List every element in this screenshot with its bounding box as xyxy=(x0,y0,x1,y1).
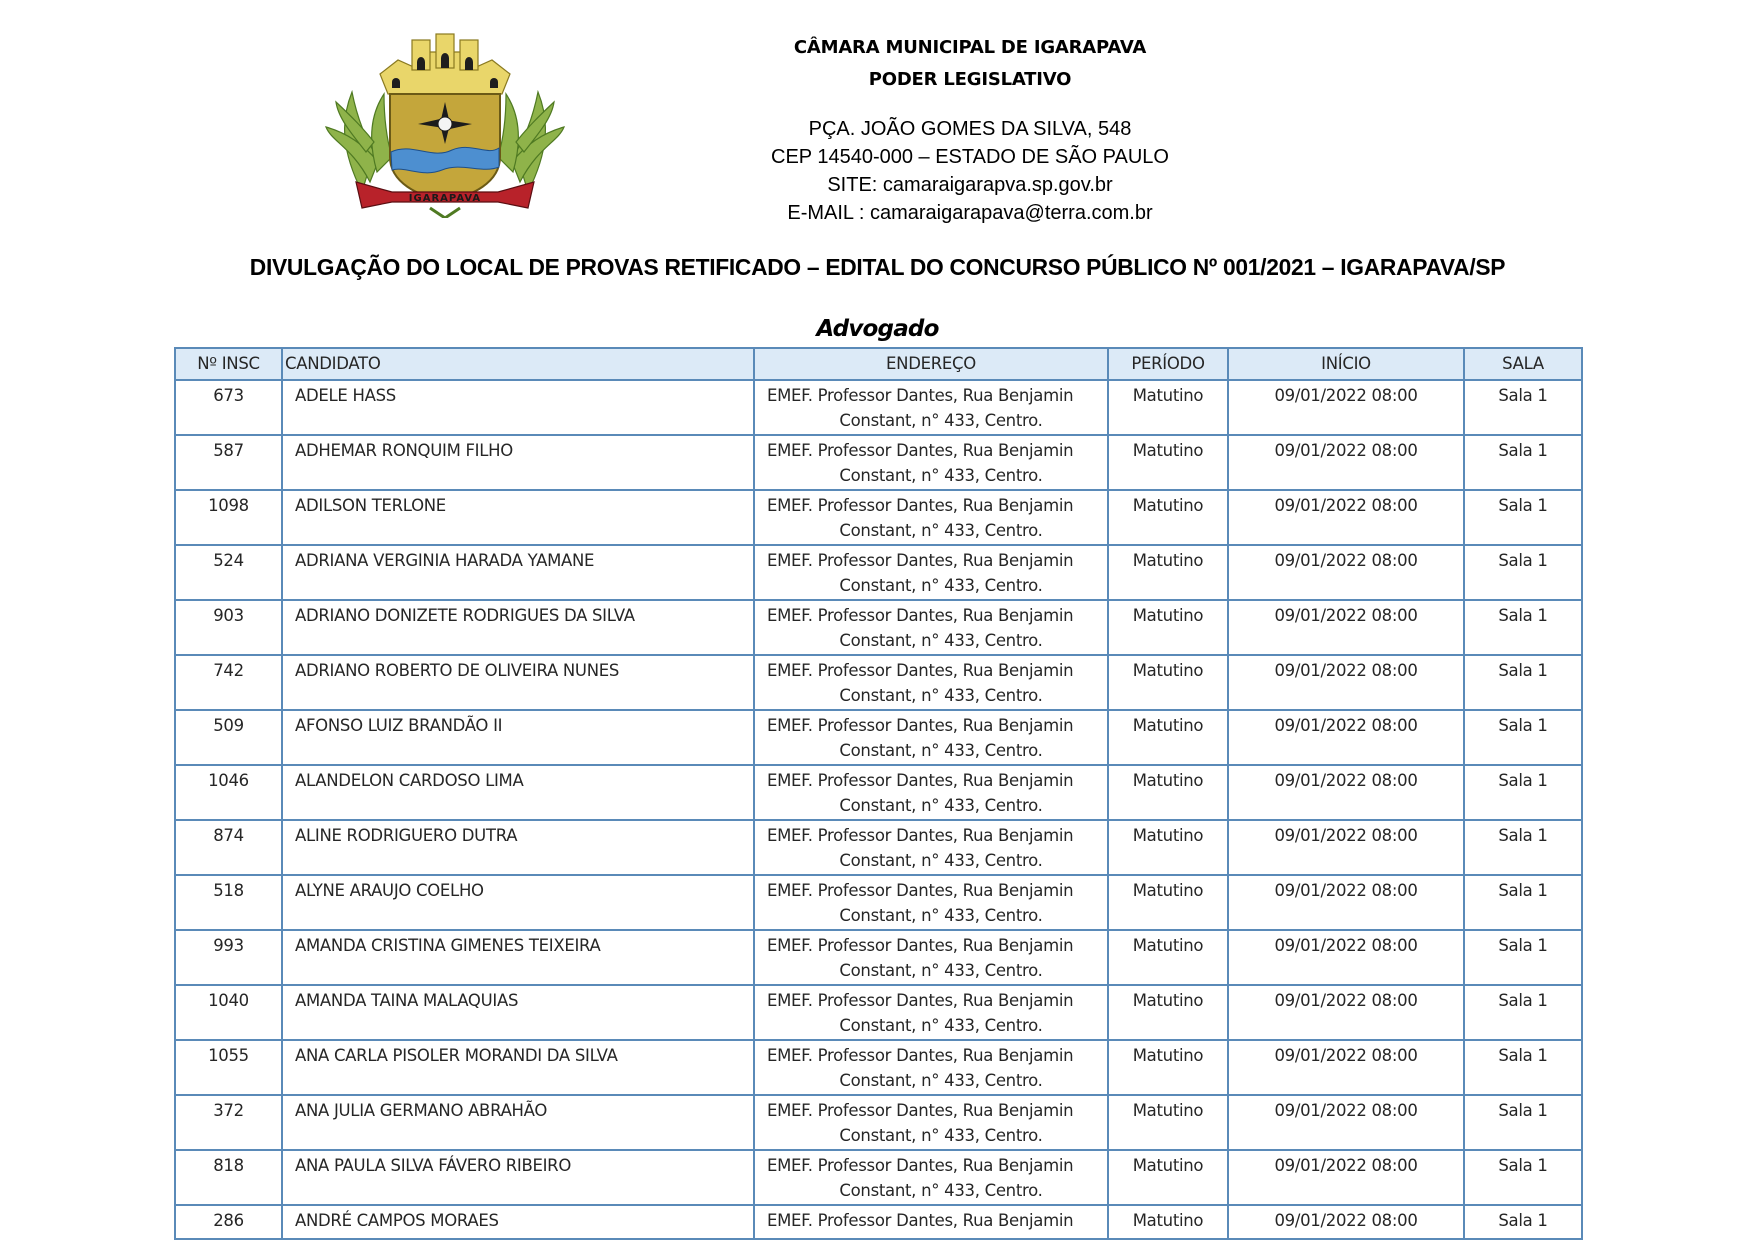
col-header-periodo: PERÍODO xyxy=(1108,348,1228,380)
address-line-2: Constant, n° 433, Centro. xyxy=(755,1068,1107,1093)
cell-inicio: 09/01/2022 08:00 xyxy=(1228,655,1464,710)
cell-candidato: ALANDELON CARDOSO LIMA xyxy=(282,765,754,820)
cell-inicio: 09/01/2022 08:00 xyxy=(1228,1040,1464,1095)
org-email: E-MAIL : camaraigarapava@terra.com.br xyxy=(650,199,1290,227)
cell-endereco: EMEF. Professor Dantes, Rua BenjaminCons… xyxy=(754,930,1108,985)
cell-sala: Sala 1 xyxy=(1464,380,1582,435)
cell-insc: 1098 xyxy=(175,490,282,545)
cell-periodo: Matutino xyxy=(1108,490,1228,545)
address-line-1: EMEF. Professor Dantes, Rua Benjamin xyxy=(755,823,1107,848)
cell-periodo: Matutino xyxy=(1108,985,1228,1040)
cell-insc: 673 xyxy=(175,380,282,435)
cell-candidato: ADHEMAR RONQUIM FILHO xyxy=(282,435,754,490)
cell-endereco: EMEF. Professor Dantes, Rua BenjaminCons… xyxy=(754,655,1108,710)
address-line-2: Constant, n° 433, Centro. xyxy=(755,848,1107,873)
address-line-1: EMEF. Professor Dantes, Rua Benjamin xyxy=(755,1208,1107,1233)
table-row: 742ADRIANO ROBERTO DE OLIVEIRA NUNESEMEF… xyxy=(175,655,1582,710)
cell-insc: 993 xyxy=(175,930,282,985)
cell-periodo: Matutino xyxy=(1108,875,1228,930)
cell-insc: 874 xyxy=(175,820,282,875)
address-line-2: Constant, n° 433, Centro. xyxy=(755,463,1107,488)
address-line-2: Constant, n° 433, Centro. xyxy=(755,628,1107,653)
col-header-inicio: INÍCIO xyxy=(1228,348,1464,380)
cell-periodo: Matutino xyxy=(1108,435,1228,490)
cell-sala: Sala 1 xyxy=(1464,600,1582,655)
table-row: 286ANDRÉ CAMPOS MORAESEMEF. Professor Da… xyxy=(175,1205,1582,1239)
cell-periodo: Matutino xyxy=(1108,545,1228,600)
cell-sala: Sala 1 xyxy=(1464,930,1582,985)
address-line-1: EMEF. Professor Dantes, Rua Benjamin xyxy=(755,438,1107,463)
table-header-row: Nº INSC CANDIDATO ENDEREÇO PERÍODO INÍCI… xyxy=(175,348,1582,380)
cell-insc: 286 xyxy=(175,1205,282,1239)
cell-candidato: ALYNE ARAUJO COELHO xyxy=(282,875,754,930)
cell-insc: 1055 xyxy=(175,1040,282,1095)
section-title: Advogado xyxy=(174,316,1581,342)
cell-inicio: 09/01/2022 08:00 xyxy=(1228,545,1464,600)
cell-periodo: Matutino xyxy=(1108,820,1228,875)
cell-inicio: 09/01/2022 08:00 xyxy=(1228,710,1464,765)
cell-sala: Sala 1 xyxy=(1464,1205,1582,1239)
cell-periodo: Matutino xyxy=(1108,600,1228,655)
cell-periodo: Matutino xyxy=(1108,655,1228,710)
cell-insc: 1040 xyxy=(175,985,282,1040)
org-header: CÂMARA MUNICIPAL DE IGARAPAVA PODER LEGI… xyxy=(650,32,1290,96)
cell-insc: 903 xyxy=(175,600,282,655)
cell-periodo: Matutino xyxy=(1108,380,1228,435)
address-line-1: EMEF. Professor Dantes, Rua Benjamin xyxy=(755,383,1107,408)
cell-candidato: ADRIANO DONIZETE RODRIGUES DA SILVA xyxy=(282,600,754,655)
table-row: 993AMANDA CRISTINA GIMENES TEIXEIRAEMEF.… xyxy=(175,930,1582,985)
cell-sala: Sala 1 xyxy=(1464,765,1582,820)
cell-sala: Sala 1 xyxy=(1464,820,1582,875)
address-line-1: EMEF. Professor Dantes, Rua Benjamin xyxy=(755,1043,1107,1068)
cell-sala: Sala 1 xyxy=(1464,875,1582,930)
table-row: 509AFONSO LUIZ BRANDÃO IIEMEF. Professor… xyxy=(175,710,1582,765)
table-row: 818ANA PAULA SILVA FÁVERO RIBEIROEMEF. P… xyxy=(175,1150,1582,1205)
org-address: PÇA. JOÃO GOMES DA SILVA, 548 xyxy=(650,115,1290,143)
cell-periodo: Matutino xyxy=(1108,1205,1228,1239)
cell-insc: 524 xyxy=(175,545,282,600)
cell-inicio: 09/01/2022 08:00 xyxy=(1228,930,1464,985)
cell-sala: Sala 1 xyxy=(1464,1150,1582,1205)
cell-periodo: Matutino xyxy=(1108,1150,1228,1205)
cell-sala: Sala 1 xyxy=(1464,1095,1582,1150)
cell-inicio: 09/01/2022 08:00 xyxy=(1228,380,1464,435)
address-line-2: Constant, n° 433, Centro. xyxy=(755,1013,1107,1038)
cell-periodo: Matutino xyxy=(1108,930,1228,985)
cell-candidato: ADRIANO ROBERTO DE OLIVEIRA NUNES xyxy=(282,655,754,710)
cell-endereco: EMEF. Professor Dantes, Rua BenjaminCons… xyxy=(754,1095,1108,1150)
address-line-2: Constant, n° 433, Centro. xyxy=(755,1178,1107,1203)
address-line-2: Constant, n° 433, Centro. xyxy=(755,793,1107,818)
cell-candidato: ADILSON TERLONE xyxy=(282,490,754,545)
table-row: 587ADHEMAR RONQUIM FILHOEMEF. Professor … xyxy=(175,435,1582,490)
cell-candidato: ANDRÉ CAMPOS MORAES xyxy=(282,1205,754,1239)
org-branch: PODER LEGISLATIVO xyxy=(650,64,1290,96)
cell-inicio: 09/01/2022 08:00 xyxy=(1228,765,1464,820)
table-row: 1055ANA CARLA PISOLER MORANDI DA SILVAEM… xyxy=(175,1040,1582,1095)
address-line-1: EMEF. Professor Dantes, Rua Benjamin xyxy=(755,658,1107,683)
address-line-2: Constant, n° 433, Centro. xyxy=(755,958,1107,983)
cell-inicio: 09/01/2022 08:00 xyxy=(1228,1150,1464,1205)
cell-inicio: 09/01/2022 08:00 xyxy=(1228,1205,1464,1239)
cell-endereco: EMEF. Professor Dantes, Rua BenjaminCons… xyxy=(754,985,1108,1040)
cell-endereco: EMEF. Professor Dantes, Rua BenjaminCons… xyxy=(754,875,1108,930)
address-line-2: Constant, n° 433, Centro. xyxy=(755,738,1107,763)
table-row: 372ANA JULIA GERMANO ABRAHÃOEMEF. Profes… xyxy=(175,1095,1582,1150)
address-line-2: Constant, n° 433, Centro. xyxy=(755,903,1107,928)
cell-insc: 1046 xyxy=(175,765,282,820)
cell-periodo: Matutino xyxy=(1108,710,1228,765)
address-line-1: EMEF. Professor Dantes, Rua Benjamin xyxy=(755,988,1107,1013)
cell-sala: Sala 1 xyxy=(1464,655,1582,710)
cell-periodo: Matutino xyxy=(1108,765,1228,820)
table-row: 903ADRIANO DONIZETE RODRIGUES DA SILVAEM… xyxy=(175,600,1582,655)
svg-text:IGARAPAVA: IGARAPAVA xyxy=(409,193,481,204)
col-header-sala: SALA xyxy=(1464,348,1582,380)
cell-inicio: 09/01/2022 08:00 xyxy=(1228,600,1464,655)
cell-endereco: EMEF. Professor Dantes, Rua BenjaminCons… xyxy=(754,820,1108,875)
table-row: 874ALINE RODRIGUERO DUTRAEMEF. Professor… xyxy=(175,820,1582,875)
cell-candidato: AFONSO LUIZ BRANDÃO II xyxy=(282,710,754,765)
cell-inicio: 09/01/2022 08:00 xyxy=(1228,1095,1464,1150)
candidates-table: Nº INSC CANDIDATO ENDEREÇO PERÍODO INÍCI… xyxy=(174,347,1583,1240)
col-header-candidato: CANDIDATO xyxy=(282,348,754,380)
cell-insc: 518 xyxy=(175,875,282,930)
cell-insc: 509 xyxy=(175,710,282,765)
cell-endereco: EMEF. Professor Dantes, Rua BenjaminCons… xyxy=(754,1150,1108,1205)
cell-endereco: EMEF. Professor Dantes, Rua BenjaminCons… xyxy=(754,490,1108,545)
table-row: 524ADRIANA VERGINIA HARADA YAMANEEMEF. P… xyxy=(175,545,1582,600)
cell-endereco: EMEF. Professor Dantes, Rua BenjaminCons… xyxy=(754,600,1108,655)
cell-insc: 818 xyxy=(175,1150,282,1205)
cell-sala: Sala 1 xyxy=(1464,435,1582,490)
table-row: 673ADELE HASSEMEF. Professor Dantes, Rua… xyxy=(175,380,1582,435)
table-row: 1098ADILSON TERLONEEMEF. Professor Dante… xyxy=(175,490,1582,545)
cell-endereco: EMEF. Professor Dantes, Rua BenjaminCons… xyxy=(754,1040,1108,1095)
org-name: CÂMARA MUNICIPAL DE IGARAPAVA xyxy=(650,32,1290,64)
address-line-1: EMEF. Professor Dantes, Rua Benjamin xyxy=(755,1153,1107,1178)
cell-sala: Sala 1 xyxy=(1464,490,1582,545)
address-line-1: EMEF. Professor Dantes, Rua Benjamin xyxy=(755,933,1107,958)
table-row: 1046ALANDELON CARDOSO LIMAEMEF. Professo… xyxy=(175,765,1582,820)
igarapava-coat-of-arms-icon: IGARAPAVA xyxy=(322,32,568,218)
cell-candidato: AMANDA CRISTINA GIMENES TEIXEIRA xyxy=(282,930,754,985)
table-row: 1040AMANDA TAINA MALAQUIASEMEF. Professo… xyxy=(175,985,1582,1040)
cell-sala: Sala 1 xyxy=(1464,710,1582,765)
org-cep: CEP 14540-000 – ESTADO DE SÃO PAULO xyxy=(650,143,1290,171)
address-line-2: Constant, n° 433, Centro. xyxy=(755,408,1107,433)
cell-sala: Sala 1 xyxy=(1464,1040,1582,1095)
address-line-1: EMEF. Professor Dantes, Rua Benjamin xyxy=(755,1098,1107,1123)
address-line-2: Constant, n° 433, Centro. xyxy=(755,683,1107,708)
cell-sala: Sala 1 xyxy=(1464,985,1582,1040)
address-line-2: Constant, n° 433, Centro. xyxy=(755,518,1107,543)
org-contact: PÇA. JOÃO GOMES DA SILVA, 548 CEP 14540-… xyxy=(650,115,1290,227)
org-site: SITE: camaraigarapva.sp.gov.br xyxy=(650,171,1290,199)
cell-candidato: ANA PAULA SILVA FÁVERO RIBEIRO xyxy=(282,1150,754,1205)
cell-candidato: ADRIANA VERGINIA HARADA YAMANE xyxy=(282,545,754,600)
address-line-1: EMEF. Professor Dantes, Rua Benjamin xyxy=(755,768,1107,793)
cell-inicio: 09/01/2022 08:00 xyxy=(1228,490,1464,545)
cell-insc: 742 xyxy=(175,655,282,710)
col-header-insc: Nº INSC xyxy=(175,348,282,380)
cell-inicio: 09/01/2022 08:00 xyxy=(1228,435,1464,490)
table-row: 518ALYNE ARAUJO COELHOEMEF. Professor Da… xyxy=(175,875,1582,930)
cell-insc: 587 xyxy=(175,435,282,490)
cell-endereco: EMEF. Professor Dantes, Rua BenjaminCons… xyxy=(754,710,1108,765)
cell-candidato: ADELE HASS xyxy=(282,380,754,435)
cell-endereco: EMEF. Professor Dantes, Rua BenjaminCons… xyxy=(754,765,1108,820)
document-title: DIVULGAÇÃO DO LOCAL DE PROVAS RETIFICADO… xyxy=(26,254,1728,281)
address-line-2: Constant, n° 433, Centro. xyxy=(755,1123,1107,1148)
cell-candidato: AMANDA TAINA MALAQUIAS xyxy=(282,985,754,1040)
address-line-2: Constant, n° 433, Centro. xyxy=(755,573,1107,598)
cell-inicio: 09/01/2022 08:00 xyxy=(1228,875,1464,930)
address-line-1: EMEF. Professor Dantes, Rua Benjamin xyxy=(755,493,1107,518)
address-line-1: EMEF. Professor Dantes, Rua Benjamin xyxy=(755,878,1107,903)
cell-inicio: 09/01/2022 08:00 xyxy=(1228,820,1464,875)
address-line-1: EMEF. Professor Dantes, Rua Benjamin xyxy=(755,548,1107,573)
cell-candidato: ALINE RODRIGUERO DUTRA xyxy=(282,820,754,875)
address-line-1: EMEF. Professor Dantes, Rua Benjamin xyxy=(755,713,1107,738)
cell-periodo: Matutino xyxy=(1108,1040,1228,1095)
cell-periodo: Matutino xyxy=(1108,1095,1228,1150)
cell-candidato: ANA JULIA GERMANO ABRAHÃO xyxy=(282,1095,754,1150)
cell-endereco: EMEF. Professor Dantes, Rua BenjaminCons… xyxy=(754,380,1108,435)
cell-endereco: EMEF. Professor Dantes, Rua Benjamin xyxy=(754,1205,1108,1239)
col-header-endereco: ENDEREÇO xyxy=(754,348,1108,380)
cell-endereco: EMEF. Professor Dantes, Rua BenjaminCons… xyxy=(754,435,1108,490)
cell-inicio: 09/01/2022 08:00 xyxy=(1228,985,1464,1040)
cell-candidato: ANA CARLA PISOLER MORANDI DA SILVA xyxy=(282,1040,754,1095)
cell-endereco: EMEF. Professor Dantes, Rua BenjaminCons… xyxy=(754,545,1108,600)
cell-insc: 372 xyxy=(175,1095,282,1150)
cell-sala: Sala 1 xyxy=(1464,545,1582,600)
address-line-1: EMEF. Professor Dantes, Rua Benjamin xyxy=(755,603,1107,628)
